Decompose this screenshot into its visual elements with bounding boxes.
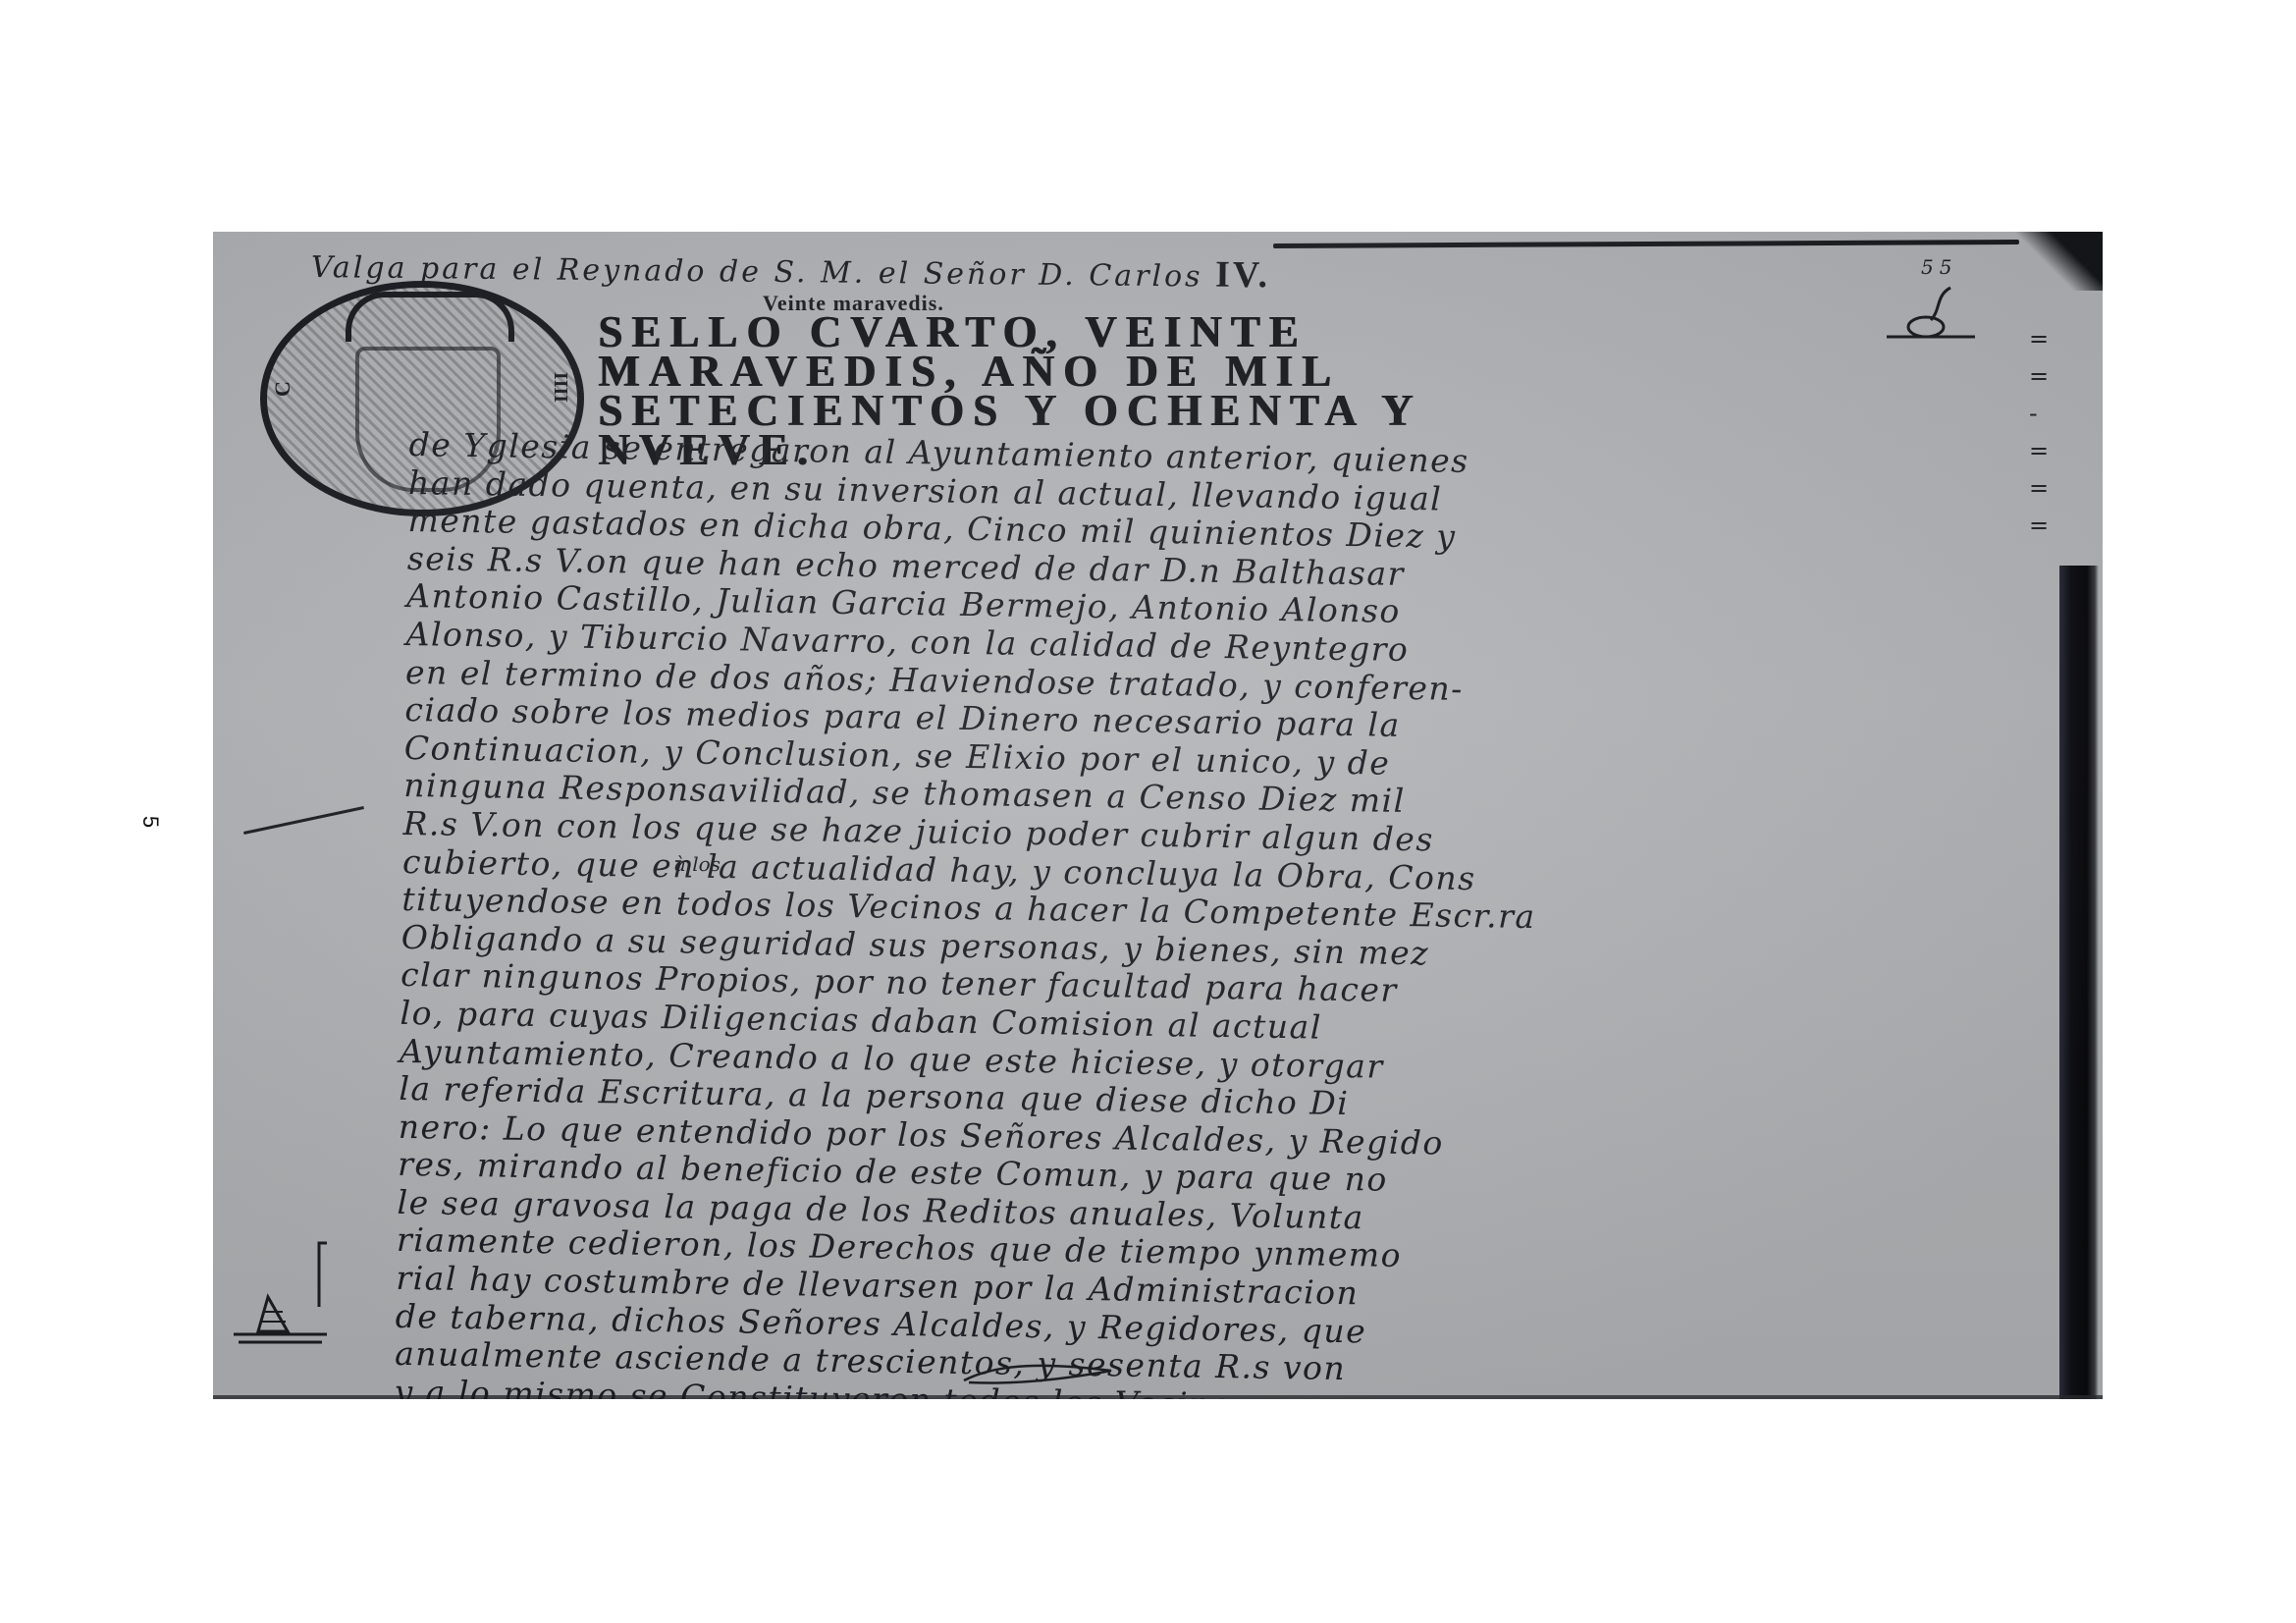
margin-dash-mark <box>243 806 364 835</box>
header-reign: IV. <box>1215 254 1270 297</box>
scan-right-edge-shadow <box>2059 566 2099 1399</box>
top-rule-line <box>1273 240 2019 248</box>
margin-mark: = <box>2029 357 2068 395</box>
seal-text-right: IIII <box>549 372 571 403</box>
margin-mark: = <box>2029 320 2068 357</box>
seal-text-left: C <box>270 381 295 397</box>
stamp-title-line: SELLO CVARTO, VEINTE <box>598 312 2051 352</box>
manuscript-body: de Yglesia se entregaron al Ayuntamiento… <box>391 426 2068 1399</box>
manuscript-scan: 55 Valga para el Reynado de S. M. el Señ… <box>213 232 2103 1399</box>
crown-icon <box>346 292 514 342</box>
margin-rubric-icon <box>229 1238 337 1351</box>
signature-flourish-icon <box>959 1361 1116 1386</box>
margin-mark: - <box>2029 395 2068 432</box>
stamp-title-line: SETECIENTOS Y OCHENTA Y <box>598 391 2051 430</box>
scan-corner-shadow <box>2014 232 2103 291</box>
stamp-title-line: MARAVEDIS, AÑO DE MIL <box>598 352 2051 391</box>
page-number: 5 <box>135 807 165 837</box>
folio-number: 55 <box>1921 255 1957 279</box>
